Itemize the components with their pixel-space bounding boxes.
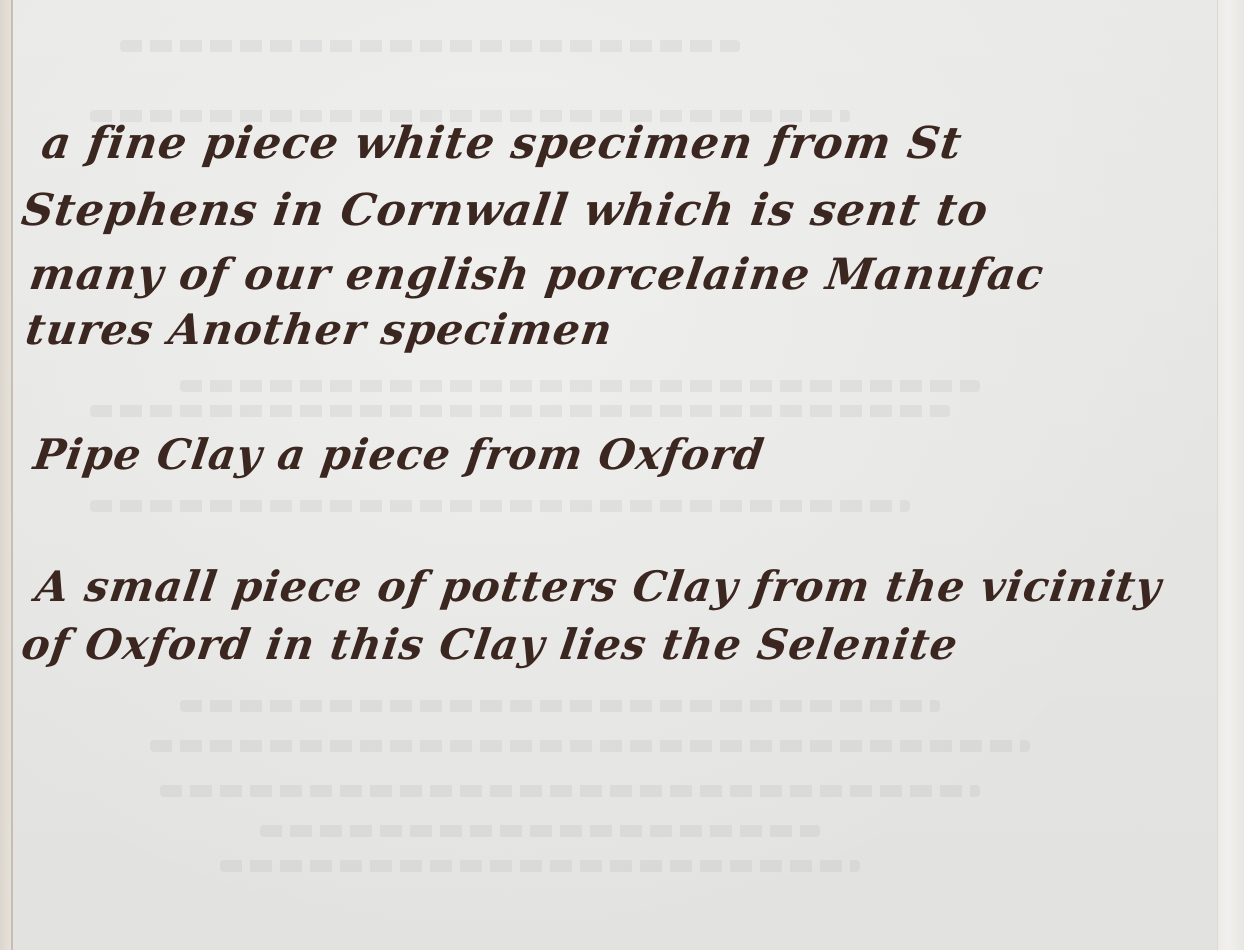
- handwritten-line: many of our english porcelaine Manufac: [26, 250, 1047, 300]
- handwritten-line: Pipe Clay a piece from Oxford: [31, 430, 768, 479]
- manuscript-page: a fine piece white specimen from St Step…: [0, 0, 1244, 950]
- show-through-text: [160, 785, 980, 797]
- handwritten-line: tures Another specimen: [23, 305, 616, 354]
- show-through-text: [120, 40, 740, 52]
- show-through-text: [180, 700, 940, 712]
- handwritten-line: A small piece of potters Clay from the v…: [33, 562, 1165, 611]
- show-through-text: [260, 825, 820, 837]
- show-through-text: [90, 500, 910, 512]
- handwritten-line: of Oxford in this Clay lies the Selenite: [19, 620, 962, 669]
- show-through-text: [220, 860, 860, 872]
- page-edge: [1217, 0, 1244, 950]
- binding-fold-line: [11, 0, 13, 950]
- handwritten-line: Stephens in Cornwall which is sent to: [18, 185, 991, 236]
- show-through-text: [150, 740, 1030, 752]
- handwritten-line: a fine piece white specimen from St: [38, 118, 965, 169]
- show-through-text: [180, 380, 980, 392]
- show-through-text: [90, 405, 950, 417]
